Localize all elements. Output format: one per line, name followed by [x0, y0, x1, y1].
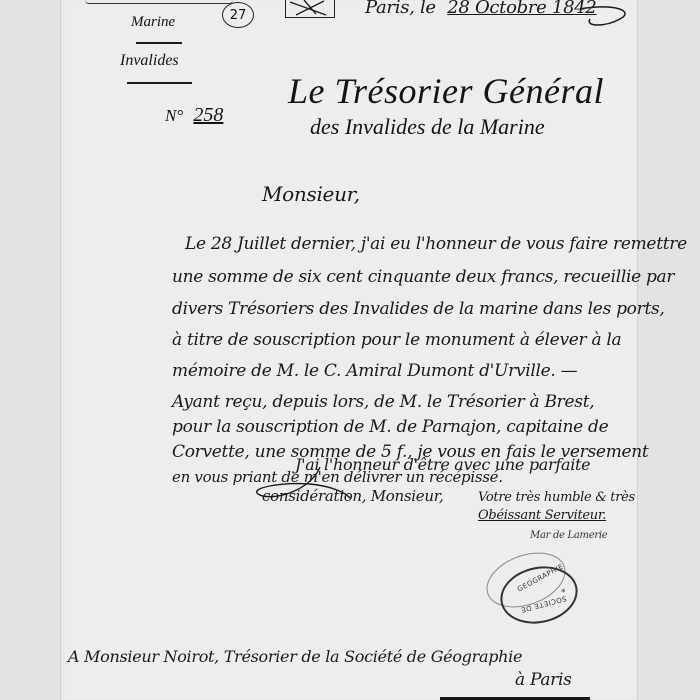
addressee-city: à Paris: [515, 670, 572, 690]
letterhead-subtitle: des Invalides de la Marine: [310, 114, 545, 140]
body-line-1: Le 28 Juillet dernier, j'ai eu l'honneur…: [185, 234, 687, 254]
crossed-stamp-box: [285, 0, 335, 18]
body-line-6: Ayant reçu, depuis lors, de M. le Trésor…: [172, 392, 594, 412]
body-line-2: une somme de six cent cinquante deux fra…: [172, 267, 674, 287]
salutation: Monsieur,: [262, 182, 360, 206]
header-frame-line: [85, 0, 233, 4]
body-line-3: divers Trésoriers des Invalides de la ma…: [172, 299, 665, 319]
body-line-4: à titre de souscription pour le monument…: [172, 330, 621, 350]
signature: Mar de Lamerie: [530, 530, 607, 541]
addressee-line: A Monsieur Noirot, Trésorier de la Socié…: [68, 647, 522, 666]
closing-flourish: [250, 462, 370, 512]
number-label: N°: [165, 106, 183, 125]
signoff-line-2: Obéissant Serviteur.: [478, 508, 606, 523]
dateline-place: Paris, le: [365, 0, 436, 18]
dateline-flourish: [575, 5, 645, 33]
body-line-7: pour la souscription de M. de Parnajon, …: [172, 417, 608, 437]
folio-number: 27: [222, 2, 254, 28]
body-line-5: mémoire de M. le C. Amiral Dumont d'Urvi…: [172, 361, 577, 381]
subdepartment-divider: [127, 82, 192, 84]
letterhead-title: Le Trésorier Général: [288, 70, 604, 112]
dateline: Paris, le 28 Octobre 1842: [365, 0, 597, 18]
crossed-mark-icon: [286, 0, 334, 17]
number-field: N° 258: [165, 104, 223, 127]
number-value: 258: [193, 104, 223, 126]
department-label: Marine: [131, 14, 175, 31]
stamp-star-icon: *: [561, 588, 566, 598]
signoff-line-1: Votre très humble & très: [478, 490, 635, 505]
subdepartment-label: Invalides: [120, 52, 179, 70]
department-divider: [136, 42, 182, 44]
